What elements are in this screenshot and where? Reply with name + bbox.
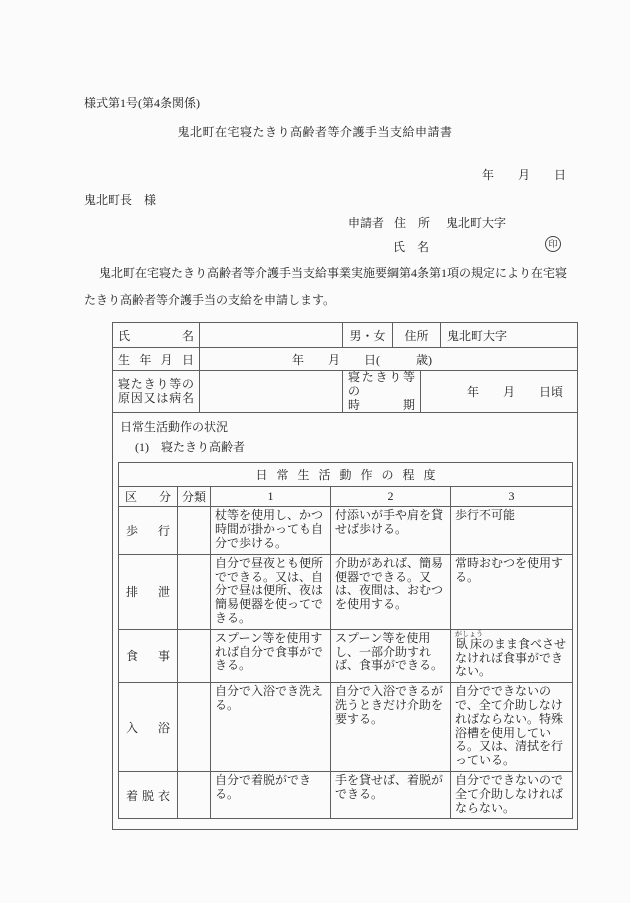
adl-bathing-class-blank [178,683,211,772]
info-row-cause: 寝たきり等の 原因又は病名 寝たきり等の 時 期 年 月 日頃 [113,371,578,413]
address-field-value: 鬼北町大字 [441,323,578,348]
adl-walking-level2: 付添いが手や肩を貸せば歩ける。 [331,507,451,554]
adl-col-class: 分類 [178,487,211,507]
applicant-label: 申請者 [348,216,384,230]
form-number: 様式第1号(第4条関係) [84,94,200,111]
document-title: 鬼北町在宅寝たきり高齢者等介護手当支給申請書 [0,123,630,140]
adl-row-walking: 歩 行 杖等を使用し、かつ時間が掛かっても自分で歩ける。 付添いが手や肩を貸せば… [119,507,573,554]
period-field-value: 年 月 日頃 [421,371,578,413]
adl-col-level2: 2 [331,487,451,507]
adl-row-dressing: 着 脱 衣 自分で着脱ができる。 手を貸せば、着脱ができる。 自分でできないので… [119,771,573,818]
adl-header-row: 区 分 分類 1 2 3 [119,487,573,507]
adl-toileting-level1: 自分で昼夜とも便所でできる。又は、自分で昼は便所、夜は簡易便器を使ってできる。 [211,554,331,629]
adl-walking-class-blank [178,507,211,554]
adl-row-toileting: 排 泄 自分で昼夜とも便所でできる。又は、自分で昼は便所、夜は簡易便器を使ってで… [119,554,573,629]
application-form-page: 様式第1号(第4条関係) 鬼北町在宅寝たきり高齢者等介護手当支給申請書 年 月 … [0,0,630,903]
gashou-ruby: 臥床がしょう [455,637,482,651]
adl-dressing-level2: 手を貸せば、着脱ができる。 [331,771,451,818]
adl-toileting-label: 排 泄 [119,554,178,629]
body-paragraph-line1: 鬼北町在宅寝たきり高齢者等介護手当支給事業実施要綱第4条第1項の規定により在宅寝 [99,264,567,281]
adl-eating-level2: スプーン等を使用し、一部介助すれば、食事ができる。 [331,629,451,682]
adl-eating-level1: スプーン等を使用すれば自分で食事ができる。 [211,629,331,682]
info-row-adl-section: 日常生活動作の状況 (1) 寝たきり高齢者 日常生活動作の程度 区 分 分類 1 [113,413,578,830]
adl-dressing-level1: 自分で着脱ができる。 [211,771,331,818]
adl-table-title: 日常生活動作の程度 [119,463,573,487]
adl-toileting-level2: 介助があれば、簡易便器でできる。又は、夜間は、おむつを使用する。 [331,554,451,629]
period-field-label: 寝たきり等の 時 期 [343,371,421,413]
info-row-birthdate: 生 年 月 日 年 月 日( 歳) [113,348,578,371]
address-label: 住 所 [394,216,430,230]
applicant-address-line: 申請者住 所鬼北町大字 [348,214,506,231]
seal-character: 印 [548,239,557,249]
date-line: 年 月 日 [482,166,566,183]
adl-row-eating: 食 事 スプーン等を使用すれば自分で食事ができる。 スプーン等を使用し、一部介助… [119,629,573,682]
birthdate-value: 年 月 日( 歳) [200,348,578,371]
adl-table: 日常生活動作の程度 区 分 分類 1 2 3 歩 行 杖等を使用し、かつ時間が掛… [118,462,573,819]
body-paragraph-line2: たきり高齢者等介護手当の支給を申請します。 [84,291,335,308]
birthdate-label: 生 年 月 日 [113,348,200,371]
adl-col-level3: 3 [451,487,573,507]
name-field-label: 氏 名 [113,323,200,348]
adl-subsection-title: (1) 寝たきり高齢者 [135,438,577,455]
applicant-name-line: 氏 名 [393,238,429,255]
adl-section-title: 日常生活動作の状況 [120,418,577,435]
address-value: 鬼北町大字 [446,216,506,230]
adl-eating-class-blank [178,629,211,682]
adl-col-category: 区 分 [119,487,178,507]
name-field-blank [200,323,343,348]
adl-walking-level3: 歩行不可能 [451,507,573,554]
applicant-info-table: 氏 名 男・女 住所 鬼北町大字 生 年 月 日 年 月 日( 歳) 寝たきり等… [112,322,578,830]
adl-walking-label: 歩 行 [119,507,178,554]
cause-field-label: 寝たきり等の 原因又は病名 [113,371,200,413]
addressee-line: 鬼北町長 様 [84,191,156,208]
cause-field-blank [200,371,343,413]
adl-walking-level1: 杖等を使用し、かつ時間が掛かっても自分で歩ける。 [211,507,331,554]
adl-section-cell: 日常生活動作の状況 (1) 寝たきり高齢者 日常生活動作の程度 区 分 分類 1 [113,413,578,830]
adl-bathing-level1: 自分で入浴でき洗える。 [211,683,331,772]
sex-field: 男・女 [343,323,393,348]
seal-icon: 印 [545,236,561,252]
adl-bathing-level2: 自分で入浴できるが洗うときだけ介助を要する。 [331,683,451,772]
adl-dressing-level3: 自分でできないので全て介助しなければならない。 [451,771,573,818]
adl-bathing-label: 入 浴 [119,683,178,772]
name-label: 氏 名 [393,240,429,254]
adl-toileting-class-blank [178,554,211,629]
adl-row-bathing: 入 浴 自分で入浴でき洗える。 自分で入浴できるが洗うときだけ介助を要する。 自… [119,683,573,772]
adl-dressing-label: 着 脱 衣 [119,771,178,818]
adl-toileting-level3: 常時おむつを使用する。 [451,554,573,629]
adl-title-row: 日常生活動作の程度 [119,463,573,487]
adl-dressing-class-blank [178,771,211,818]
address-field-label: 住所 [393,323,441,348]
info-row-name: 氏 名 男・女 住所 鬼北町大字 [113,323,578,348]
adl-eating-label: 食 事 [119,629,178,682]
adl-col-level1: 1 [211,487,331,507]
adl-bathing-level3: 自分でできないので、全て介助しなければならない。特殊浴槽を使用している。又は、清… [451,683,573,772]
adl-eating-level3: 臥床がしょうのまま食べさせなければ食事ができない。 [451,629,573,682]
